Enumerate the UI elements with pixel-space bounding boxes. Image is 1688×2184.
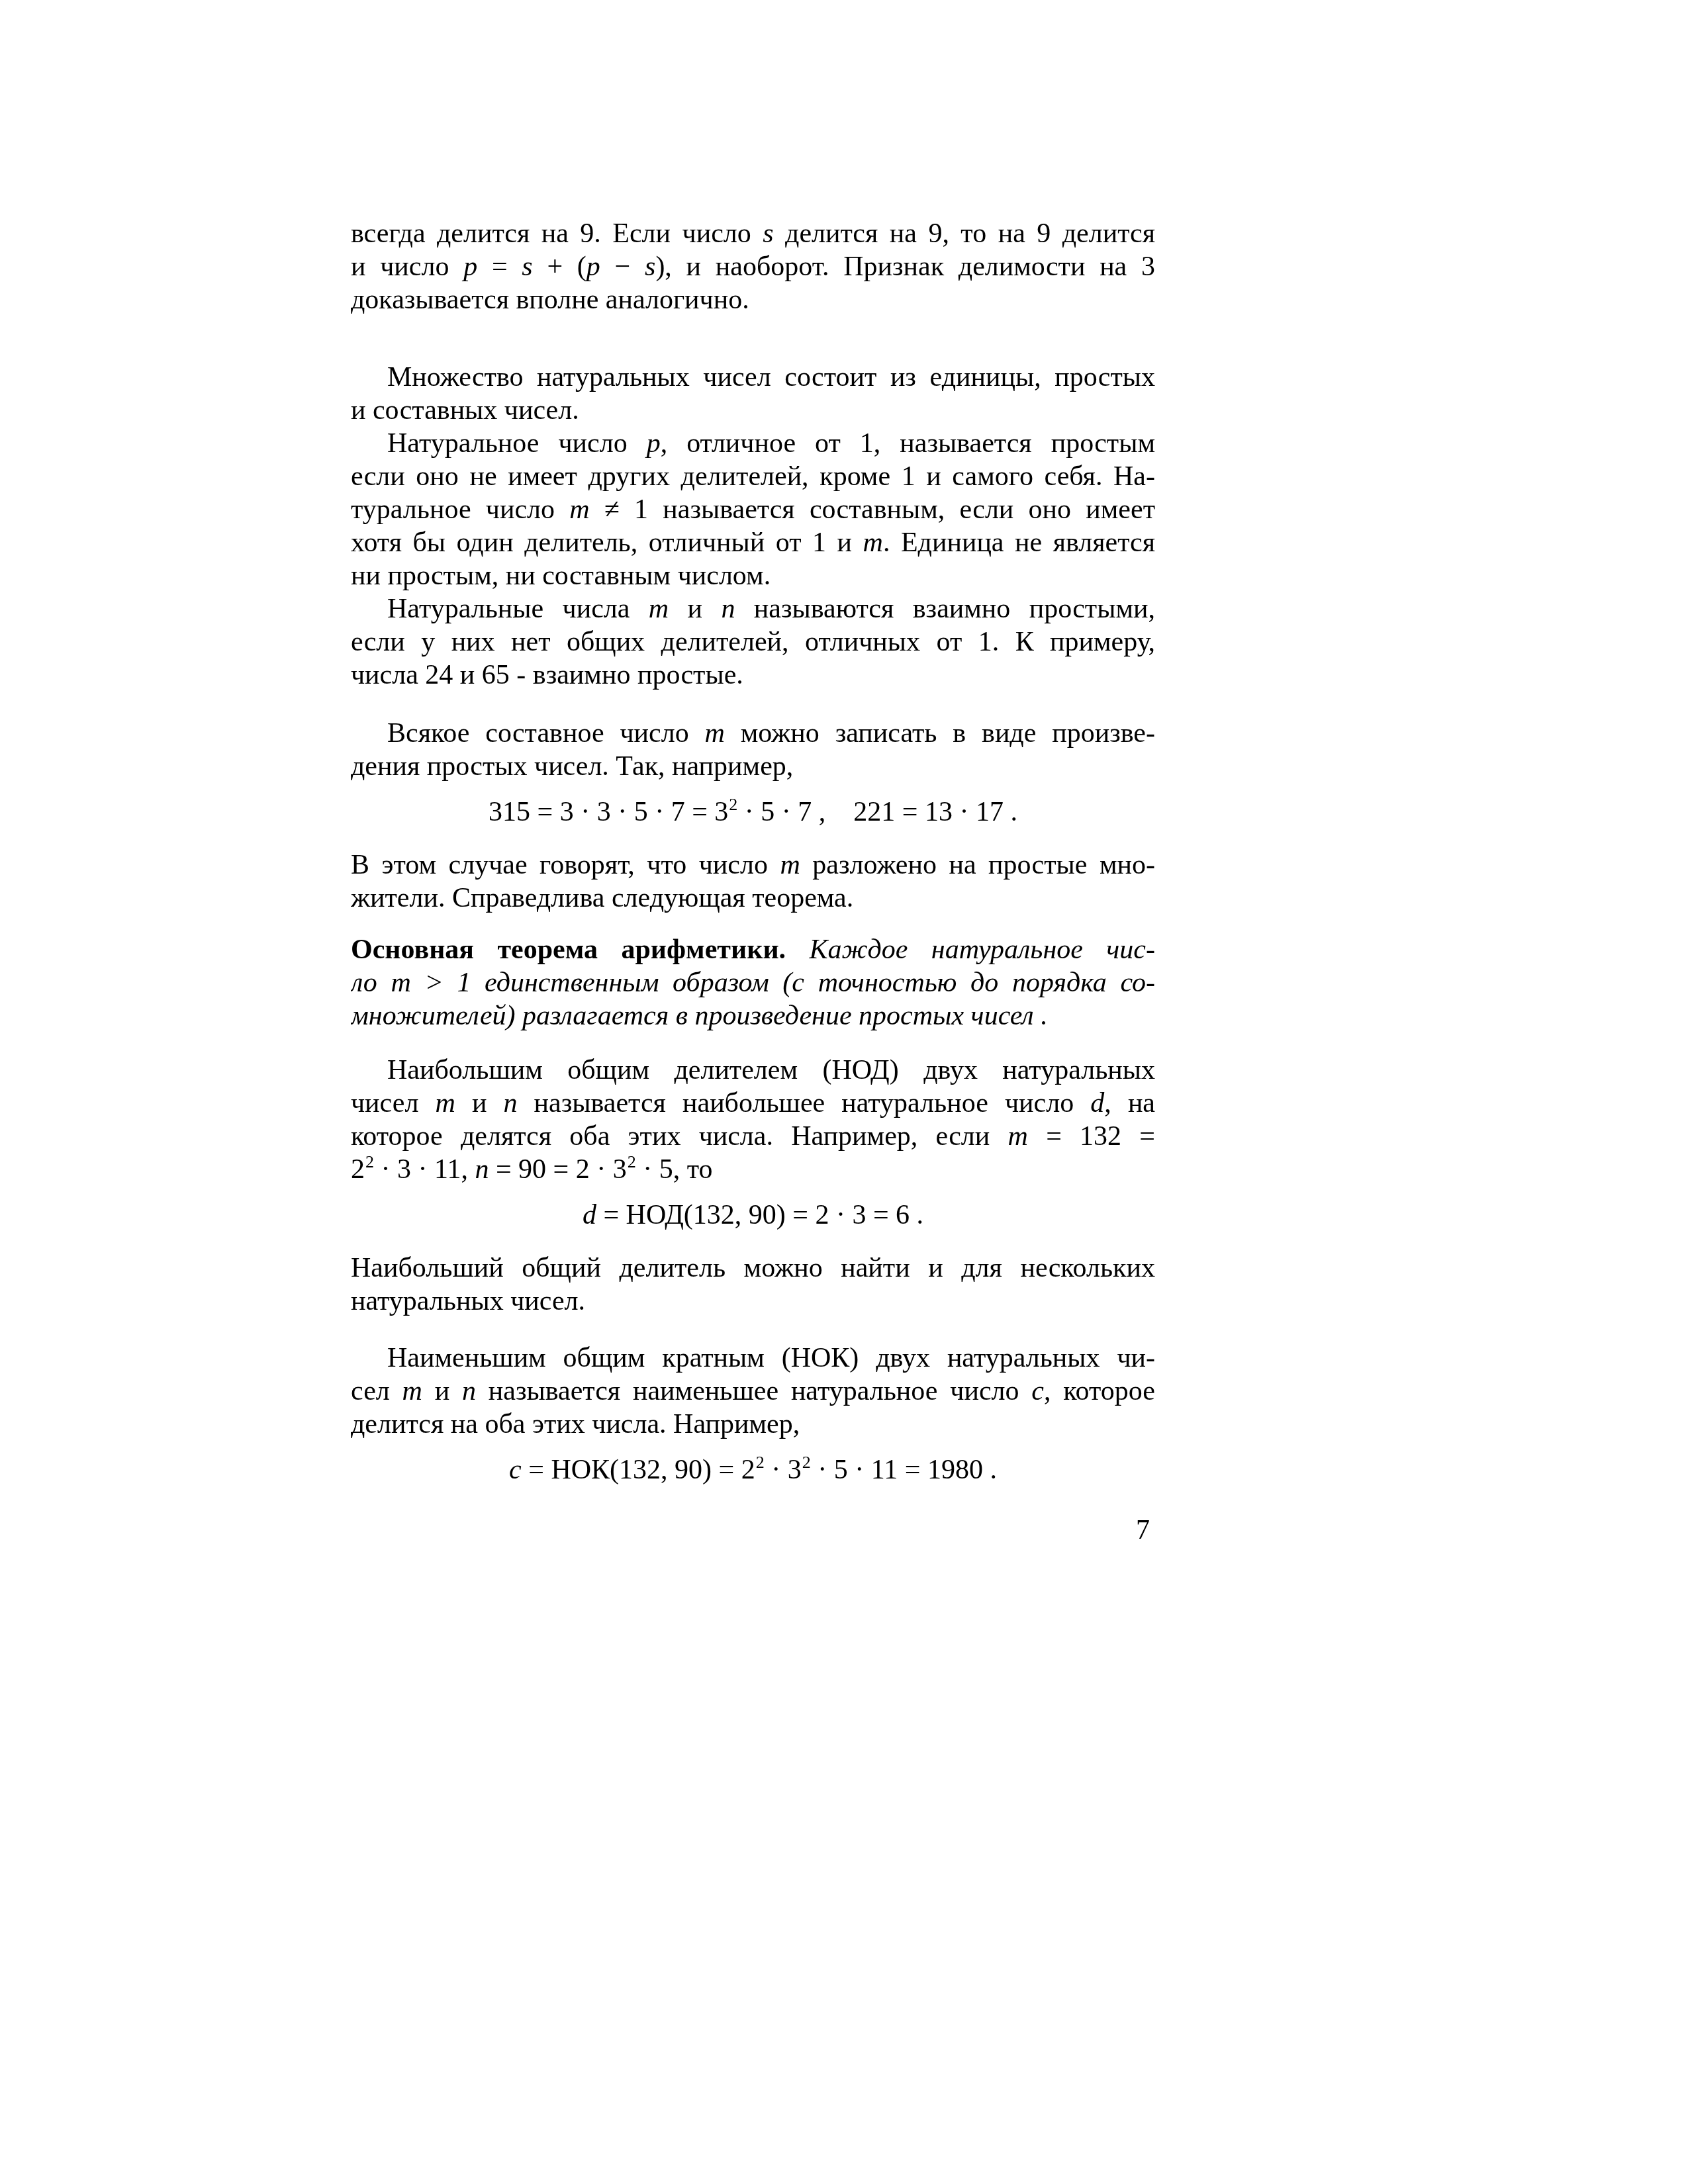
text-run: = 90 = 2 · 3: [489, 1154, 626, 1185]
text-run: −: [600, 251, 645, 282]
text-run: m: [402, 1376, 422, 1406]
text-run: ≠ 1 называется составным, если оно имеет: [590, 494, 1155, 525]
text-line: хотя бы один делитель, отличный от 1 и m…: [351, 526, 1155, 559]
text-run: Натуральные числа: [387, 594, 649, 624]
text-run: называется наименьшее натуральное число: [476, 1376, 1031, 1406]
page-number: 7: [351, 1514, 1155, 1547]
text-run: n: [462, 1376, 476, 1406]
text-line: ни простым, ни составным числом.: [351, 559, 1155, 592]
text-line: Натуральное число p, отличное от 1, назы…: [351, 427, 1155, 460]
text-run: туральное число: [351, 494, 569, 525]
text-run: · 3: [765, 1455, 802, 1485]
book-page: всегда делится на 9. Если число s делитс…: [0, 0, 1688, 2184]
text-line: чисел m и n называется наибольшее натура…: [351, 1087, 1155, 1120]
text-run: сел: [351, 1376, 402, 1406]
text-run: дения простых чисел. Так, например,: [351, 751, 793, 782]
text-run: . Единица не является: [883, 527, 1155, 558]
text-run: множителей) разлагается в произведение п…: [351, 1001, 1048, 1031]
text-line: жители. Справедлива следующая теорема.: [351, 882, 1155, 915]
text-run: и составных чисел.: [351, 395, 579, 426]
text-run: = 132 =: [1028, 1121, 1155, 1152]
text-run: p: [647, 428, 661, 459]
text-run: 2: [365, 1153, 374, 1171]
text-run: m: [569, 494, 589, 525]
text-line: и составных чисел.: [351, 394, 1155, 427]
text-run: m: [863, 527, 883, 558]
text-run: ни простым, ни составным числом.: [351, 561, 771, 591]
text-run: m: [780, 850, 800, 880]
text-run: Основная теорема арифметики.: [351, 934, 786, 965]
text-line: натуральных чисел.: [351, 1285, 1155, 1318]
text-run: делится на 9, то на 9 делится: [774, 218, 1155, 249]
text-run: , которое: [1044, 1376, 1155, 1406]
text-run: ), и наоборот. Признак делимости на 3: [655, 251, 1155, 282]
text-run: s: [645, 251, 655, 282]
text-run: p: [463, 251, 477, 282]
text-run: Наименьшим общим кратным (НОК) двух нату…: [387, 1343, 1155, 1373]
text-line: Наибольшим общим делителем (НОД) двух на…: [351, 1054, 1155, 1087]
text-line: Множество натуральных чисел состоит из е…: [351, 361, 1155, 394]
text-run: , отличное от 1, называется простым: [661, 428, 1155, 459]
text-run: · 3 · 11,: [374, 1154, 475, 1185]
text-run: всегда делится на 9. Если число: [351, 218, 763, 249]
text-run: · 5 · 7 , 221 = 13 · 17 .: [737, 797, 1017, 827]
text-run: и число: [351, 251, 463, 282]
text-run: · 5, то: [636, 1154, 713, 1185]
text-line: Всякое составное число m можно записать …: [351, 717, 1155, 750]
text-run: =: [477, 251, 522, 282]
text-run: можно записать в виде произве-: [725, 718, 1155, 749]
text-line: туральное число m ≠ 1 называется составн…: [351, 493, 1155, 526]
text-line: которое делятся оба этих числа. Например…: [351, 1120, 1155, 1153]
text-run: ло m > 1 единственным образом (с точност…: [351, 968, 1155, 998]
text-run: называется наибольшее натуральное число: [518, 1088, 1091, 1118]
text-run: 315 = 3 · 3 · 5 · 7 = 3: [489, 797, 728, 827]
text-run: разложено на простые мно-: [800, 850, 1155, 880]
text-line: сел m и n называется наименьшее натураль…: [351, 1375, 1155, 1408]
text-run: числа 24 и 65 - взаимно простые.: [351, 660, 743, 690]
text-line: В этом случае говорят, что число m разло…: [351, 848, 1155, 882]
text-run: хотя бы один делитель, отличный от 1 и: [351, 527, 863, 558]
formula-prime-factorization: 315 = 3 · 3 · 5 · 7 = 32 · 5 · 7 , 221 =…: [351, 792, 1155, 832]
text-run: Всякое составное число: [387, 718, 705, 749]
text-run: · 5 · 11 = 1980 .: [811, 1455, 997, 1485]
text-run: d: [583, 1200, 596, 1230]
text-run: и: [669, 594, 721, 624]
text-run: m: [649, 594, 669, 624]
text-run: n: [721, 594, 735, 624]
text-line: если у них нет общих делителей, отличных…: [351, 625, 1155, 659]
text-run: 2: [628, 1153, 636, 1171]
text-line: 22 · 3 · 11, n = 90 = 2 · 32 · 5, то: [351, 1153, 1155, 1186]
formula-gcd-example: d = НОД(132, 90) = 2 · 3 = 6 .: [351, 1195, 1155, 1235]
text-run: Наибольшим общим делителем (НОД) двух на…: [387, 1055, 1155, 1085]
text-run: если оно не имеет других делителей, кром…: [351, 461, 1155, 492]
text-run: делится на оба этих числа. Например,: [351, 1409, 800, 1439]
text-line: делится на оба этих числа. Например,: [351, 1408, 1155, 1441]
text-run: 2: [351, 1154, 365, 1185]
theorem-line: ло m > 1 единственным образом (с точност…: [351, 966, 1155, 999]
text-run: s: [522, 251, 532, 282]
text-run: и: [455, 1088, 504, 1118]
text-run: , на: [1104, 1088, 1155, 1118]
text-run: c: [1031, 1376, 1044, 1406]
text-run: n: [504, 1088, 518, 1118]
text-line: если оно не имеет других делителей, кром…: [351, 460, 1155, 493]
text-line: всегда делится на 9. Если число s делитс…: [351, 217, 1155, 250]
theorem-line: множителей) разлагается в произведение п…: [351, 999, 1155, 1032]
text-run: называются взаимно простыми,: [735, 594, 1155, 624]
text-run: s: [763, 218, 773, 249]
text-run: жители. Справедлива следующая теорема.: [351, 883, 853, 913]
text-run: натуральных чисел.: [351, 1286, 585, 1316]
text-run: = НОК(132, 90) = 2: [522, 1455, 755, 1485]
text-line: дения простых чисел. Так, например,: [351, 750, 1155, 783]
text-run: 2: [802, 1453, 811, 1472]
text-run: В этом случае говорят, что число: [351, 850, 780, 880]
theorem-heading-line: Основная теорема арифметики. Каждое нату…: [351, 933, 1155, 966]
text-run: p: [586, 251, 600, 282]
text-run: + (: [533, 251, 586, 282]
text-column: всегда делится на 9. Если число s делитс…: [351, 217, 1155, 1547]
text-run: = НОД(132, 90) = 2 · 3 = 6 .: [596, 1200, 923, 1230]
text-run: если у них нет общих делителей, отличных…: [351, 627, 1155, 657]
text-run: и: [422, 1376, 462, 1406]
text-run: Множество натуральных чисел состоит из е…: [387, 362, 1155, 392]
text-run: m: [1008, 1121, 1028, 1152]
text-run: m: [705, 718, 725, 749]
text-run: c: [509, 1455, 522, 1485]
text-line: Наибольший общий делитель можно найти и …: [351, 1251, 1155, 1285]
text-run: 2: [756, 1453, 765, 1472]
formula-lcm-example: c = НОК(132, 90) = 22 · 32 · 5 · 11 = 19…: [351, 1450, 1155, 1490]
text-run: доказывается вполне аналогично.: [351, 285, 749, 315]
text-run: 2: [729, 795, 737, 814]
text-line: числа 24 и 65 - взаимно простые.: [351, 659, 1155, 692]
text-run: Натуральное число: [387, 428, 647, 459]
text-line: доказывается вполне аналогично.: [351, 283, 1155, 316]
text-line: и число p = s + (p − s), и наоборот. При…: [351, 250, 1155, 283]
text-run: m: [435, 1088, 455, 1118]
text-run: Наибольший общий делитель можно найти и …: [351, 1253, 1155, 1283]
text-line: Наименьшим общим кратным (НОК) двух нату…: [351, 1342, 1155, 1375]
text-run: которое делятся оба этих числа. Например…: [351, 1121, 1008, 1152]
text-run: Каждое натуральное чис-: [786, 934, 1155, 965]
text-run: n: [475, 1154, 489, 1185]
text-run: чисел: [351, 1088, 435, 1118]
text-run: d: [1090, 1088, 1104, 1118]
text-line: Натуральные числа m и n называются взаим…: [351, 592, 1155, 625]
